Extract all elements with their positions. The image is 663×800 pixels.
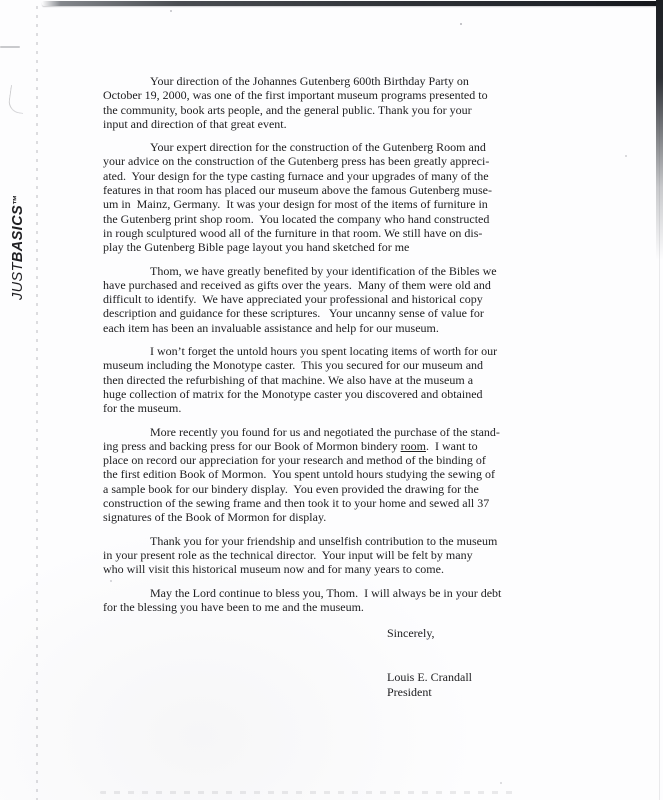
letter-paragraph-1: Your direction of the Johannes Gutenberg… bbox=[103, 74, 583, 131]
letter-paragraph-2: Your expert direction for the constructi… bbox=[103, 140, 583, 254]
letter-paragraph-4: I won’t forget the untold hours you spen… bbox=[103, 344, 583, 415]
sleeve-perforation-line bbox=[36, 6, 38, 800]
signature-name: Louis E. Crandall bbox=[387, 670, 583, 685]
letter-paragraph-5: More recently you found for us and negot… bbox=[103, 425, 583, 525]
letter-paragraph-6: Thank you for your friendship and unself… bbox=[103, 534, 583, 577]
scanned-letter-page: JUSTBASICS™ Your direction of the Johann… bbox=[0, 0, 663, 800]
scan-right-edge-shadow bbox=[656, 0, 663, 260]
signature-title: President bbox=[387, 685, 583, 700]
letter-paragraph-7: May the Lord continue to bless you, Thom… bbox=[103, 586, 583, 615]
brand-word-just: JUST bbox=[10, 262, 26, 300]
signature-block: Louis E. Crandall President bbox=[387, 670, 583, 700]
trademark-symbol: ™ bbox=[12, 195, 23, 205]
sleeve-brand-label: JUSTBASICS™ bbox=[10, 190, 34, 300]
scan-artifact-mark bbox=[7, 85, 27, 114]
underlined-word-room: room bbox=[401, 439, 426, 453]
scan-top-edge-shadow bbox=[42, 1, 663, 6]
scan-artifact-dash bbox=[0, 46, 20, 48]
scan-artifact-smudge bbox=[100, 791, 520, 794]
scan-specks bbox=[170, 10, 172, 12]
letter-body: Your direction of the Johannes Gutenberg… bbox=[103, 74, 583, 700]
letter-closing: Sincerely, bbox=[387, 626, 583, 640]
brand-word-basics: BASICS bbox=[10, 205, 26, 262]
letter-paragraph-3: Thom, we have greatly benefited by your … bbox=[103, 264, 583, 335]
